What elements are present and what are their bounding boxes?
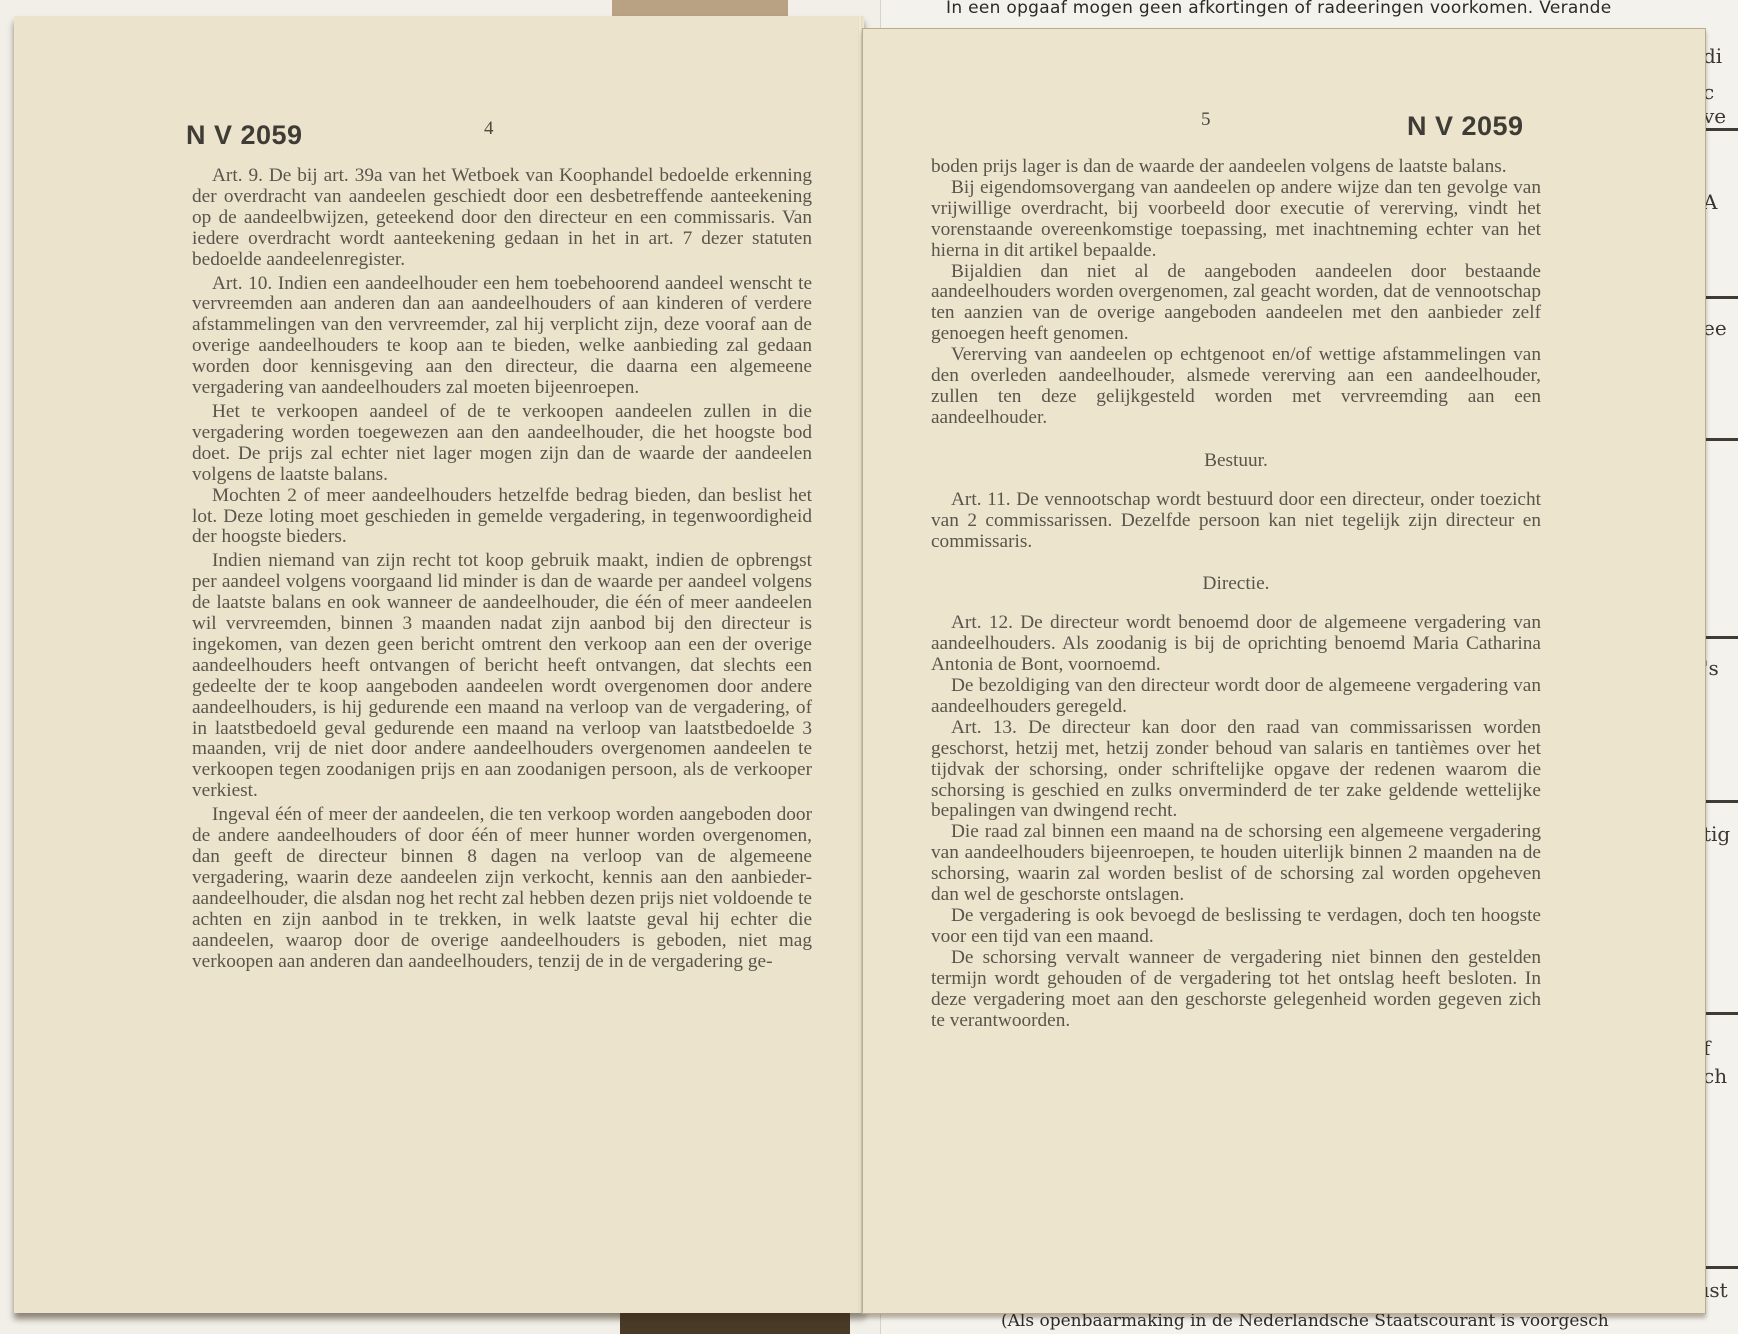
- paragraph: De bezoldiging van den directeur wordt d…: [931, 676, 1541, 718]
- right-page-text: boden prijs lager is dan de waarde der a…: [931, 157, 1541, 1031]
- paragraph-art-10: Art. 10. Indien een aandeelhouder een he…: [192, 274, 812, 399]
- paragraph: Ingeval één of meer der aandeelen, die t…: [192, 805, 812, 972]
- background-rule: [1703, 438, 1738, 441]
- paragraph-art-9: Art. 9. De bij art. 39a van het Wetboek …: [192, 166, 812, 271]
- paragraph-continuation: boden prijs lager is dan de waarde der a…: [931, 157, 1541, 178]
- paragraph: De vergadering is ook bevoegd de besliss…: [931, 906, 1541, 948]
- paragraph: Bij eigendomsovergang van aandeelen op a…: [931, 178, 1541, 262]
- background-rule: [1703, 800, 1738, 803]
- left-page: N V 2059 4 Art. 9. De bij art. 39a van h…: [14, 16, 864, 1313]
- background-right-fragment: ee: [1703, 316, 1727, 340]
- background-bottom-line: (Als openbaarmaking in de Nederlandsche …: [1001, 1311, 1609, 1331]
- paragraph: Vererving van aandeelen op echtgenoot en…: [931, 345, 1541, 429]
- background-right-fragment: ıst: [1703, 1278, 1728, 1302]
- paragraph: De schorsing vervalt wanneer de vergader…: [931, 948, 1541, 1032]
- paragraph: Bijaldien dan niet al de aangeboden aand…: [931, 262, 1541, 346]
- background-top-line: In een opgaaf mogen geen afkortingen of …: [946, 0, 1612, 18]
- right-page: 5 N V 2059 boden prijs lager is dan de w…: [862, 28, 1706, 1314]
- section-heading: Bestuur.: [931, 451, 1541, 472]
- background-rule: [1703, 296, 1738, 299]
- document-code: N V 2059: [186, 120, 303, 151]
- paragraph: Mochten 2 of meer aandeelhouders hetzelf…: [192, 486, 812, 549]
- paragraph: Het te verkoopen aandeel of de te verkoo…: [192, 402, 812, 486]
- paragraph: Art. 13. De directeur kan door den raad …: [931, 718, 1541, 823]
- background-rule: [1703, 128, 1738, 131]
- background-right-fragment: ch: [1703, 1064, 1727, 1088]
- paragraph: Art. 12. De directeur wordt benoemd door…: [931, 613, 1541, 676]
- paragraph: Art. 11. De vennootschap wordt bestuurd …: [931, 490, 1541, 553]
- binding-strip-top: [612, 0, 788, 16]
- background-rule: [1703, 636, 1738, 639]
- background-right-fragment: ve: [1703, 104, 1726, 128]
- page-number: 4: [484, 118, 494, 140]
- section-heading: Directie.: [931, 574, 1541, 595]
- document-code: N V 2059: [1407, 111, 1524, 142]
- paragraph: Indien niemand van zijn recht tot koop g…: [192, 551, 812, 802]
- paragraph: Die raad zal binnen een maand na de scho…: [931, 822, 1541, 906]
- binding-strip-bottom: [620, 1312, 850, 1334]
- background-right-fragment: tig: [1703, 822, 1730, 846]
- background-rule: [1703, 1266, 1738, 1269]
- left-page-text: Art. 9. De bij art. 39a van het Wetboek …: [192, 166, 812, 972]
- page-number: 5: [1201, 109, 1211, 131]
- background-rule: [1703, 1012, 1738, 1015]
